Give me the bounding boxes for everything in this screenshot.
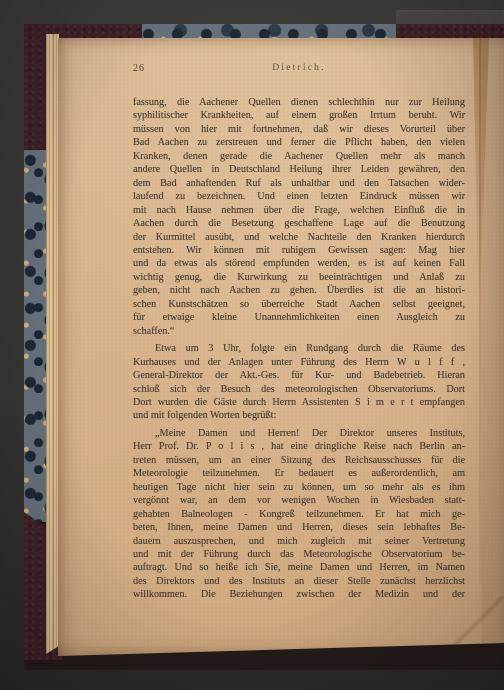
text-line: mit nach Hause nehmen über die Frage, we… (133, 204, 465, 217)
text-line: fassung, die Aachener Quellen dienen sch… (133, 96, 465, 109)
text-line: dauern auszusprechen, und mich zugleich … (133, 535, 465, 548)
text-line: müssen von hier mit fortnehmen, daß wir … (133, 123, 465, 136)
text-line: Herr Prof. Dr. P o l i s , hat eine drin… (133, 440, 465, 453)
text-line: Aachen durch die Besetzung geschaffene L… (133, 217, 465, 230)
text-line: für etwaige kleine Unannehmlichkeiten ei… (133, 311, 465, 324)
text-line: Dort wurden die Gäste durch Herrn Assist… (133, 396, 465, 409)
page-number: 26 (133, 63, 145, 74)
text-line: willkommen. Die Beziehungen zwischen der… (133, 588, 465, 601)
text-line: entstehen. Wir können mit ruhigem Gewiss… (133, 244, 465, 257)
text-line: und mit folgenden Worten begrüßt: (133, 409, 465, 422)
text-line: Bad Aachen zu zerstreuen und ferner die … (133, 136, 465, 149)
text-line: vergönnt war, an dem vor wenigen Wochen … (133, 494, 465, 507)
page-header: 26 Dietrich. (133, 63, 465, 77)
running-header: Dietrich. (133, 63, 465, 73)
text-line: heutigen Tage nicht hier sein zu können,… (133, 481, 465, 494)
text-line: und da etwas als störend empfunden werde… (133, 257, 465, 270)
page-crease (479, 38, 481, 583)
text-line: der Kurmittel ausübt, und welche Nachtei… (133, 231, 465, 244)
paragraph: „Meine Damen und Herren! Der Direktor un… (133, 427, 465, 602)
text-line: andere Quellen in Deutschland Heilung ih… (133, 163, 465, 176)
book-page: 26 Dietrich. fassung, die Aachener Quell… (58, 38, 504, 656)
text-line: des Direktors und des Instituts an diese… (133, 575, 465, 588)
text-line: Etwa um 3 Uhr, folgte ein Rundgang durch… (133, 342, 465, 355)
text-line: Meteorologie teilzunehmen. Er bedauert e… (133, 467, 465, 480)
text-line: schaffen.“ (133, 325, 465, 338)
text-line: syphilitischer Krankheiten, auf einem gr… (133, 109, 465, 122)
page-text: fassung, die Aachener Quellen dienen sch… (133, 96, 465, 602)
text-line: schen Kunstschätzen so überreiche Stadt … (133, 298, 465, 311)
text-line: geben, nicht nach Aachen zu gehen. Überd… (133, 284, 465, 297)
photo-background: 26 Dietrich. fassung, die Aachener Quell… (0, 0, 504, 690)
text-line: „Meine Damen und Herren! Der Direktor un… (133, 427, 465, 440)
text-line: gehabten Balneologen - Kongreß teilzuneh… (133, 508, 465, 521)
paragraph: fassung, die Aachener Quellen dienen sch… (133, 96, 465, 338)
text-line: beten, Ihnen, meine Damen und Herren, di… (133, 521, 465, 534)
text-line: laufend zu bezeichnen. Und einen letzten… (133, 190, 465, 203)
text-line: General-Direktor der Akt.-Ges. für Kur- … (133, 369, 465, 382)
text-line: dem Bad anhaftenden Ruf als unhaltbar un… (133, 177, 465, 190)
text-line: und mit der Führung durch das Meteorolog… (133, 548, 465, 561)
text-line: schloß sich der Besuch des meteorologisc… (133, 383, 465, 396)
text-line: Kurhauses und der Anlagen unter Führung … (133, 356, 465, 369)
text-line: wichtig genug, die Kurwirkung zu beeintr… (133, 271, 465, 284)
text-line: Kranken, denen gerade die Aachener Quell… (133, 150, 465, 163)
paragraph: Etwa um 3 Uhr, folgte ein Rundgang durch… (133, 342, 465, 423)
page-right-shading (481, 38, 504, 656)
page-stack-edge (46, 34, 59, 654)
text-line: treten müssen, um an einer Sitzung des R… (133, 454, 465, 467)
text-line: auftragt. Und so heiße ich Sie, meine Da… (133, 561, 465, 574)
